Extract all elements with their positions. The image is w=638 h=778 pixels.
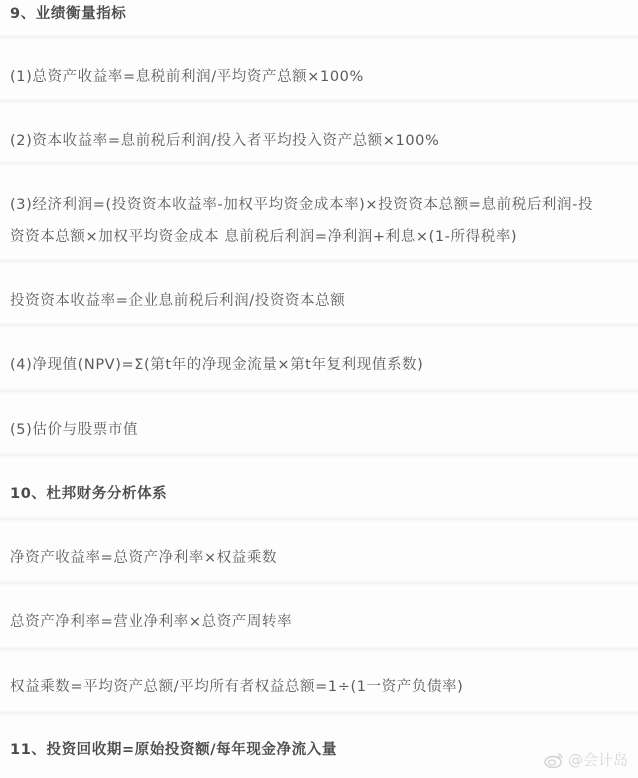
document: 9、业绩衡量指标 (1)总资产收益率=息税前利润/平均资产总额×100% (2)… <box>0 0 638 778</box>
divider <box>0 388 638 394</box>
formula-invested-capital-return: 投资资本收益率=企业息前税后利润/投资资本总额 <box>10 291 632 311</box>
watermark: @会计岛 <box>544 749 628 770</box>
section-heading-10: 10、杜邦财务分析体系 <box>10 484 632 504</box>
watermark-text: @会计岛 <box>568 749 628 770</box>
divider <box>0 322 638 328</box>
divider <box>0 258 638 264</box>
divider <box>0 452 638 458</box>
formula-total-asset-return: (1)总资产收益率=息税前利润/平均资产总额×100% <box>10 67 632 87</box>
section-heading-9: 9、业绩衡量指标 <box>10 4 632 24</box>
formula-economic-profit-line2: 资资本总额×加权平均资金成本 息前税后利润=净利润+利息×(1-所得税率) <box>10 227 632 247</box>
formula-economic-profit-line1: (3)经济利润=(投资资本收益率-加权平均资金成本率)×投资资本总额=息前税后利… <box>10 195 632 215</box>
formula-npv: (4)净现值(NPV)=Σ(第t年的净现金流量×第t年复利现值系数) <box>10 355 632 375</box>
weibo-icon <box>544 752 564 768</box>
section-heading-11: 11、投资回收期=原始投资额/每年现金净流入量 <box>10 740 632 760</box>
divider <box>0 710 638 716</box>
divider <box>0 646 638 652</box>
formula-valuation: (5)估价与股票市值 <box>10 420 632 440</box>
formula-capital-return: (2)资本收益率=息前税后利润/投入者平均投入资产总额×100% <box>10 131 632 151</box>
divider <box>0 98 638 104</box>
formula-roe: 净资产收益率=总资产净利率×权益乘数 <box>10 548 632 568</box>
divider <box>0 34 638 40</box>
divider <box>0 580 638 586</box>
divider <box>0 160 638 166</box>
formula-roa: 总资产净利率=营业净利率×总资产周转率 <box>10 612 632 632</box>
formula-equity-multiplier: 权益乘数=平均资产总额/平均所有者权益总额=1÷(1一资产负债率) <box>10 677 632 697</box>
divider <box>0 516 638 522</box>
